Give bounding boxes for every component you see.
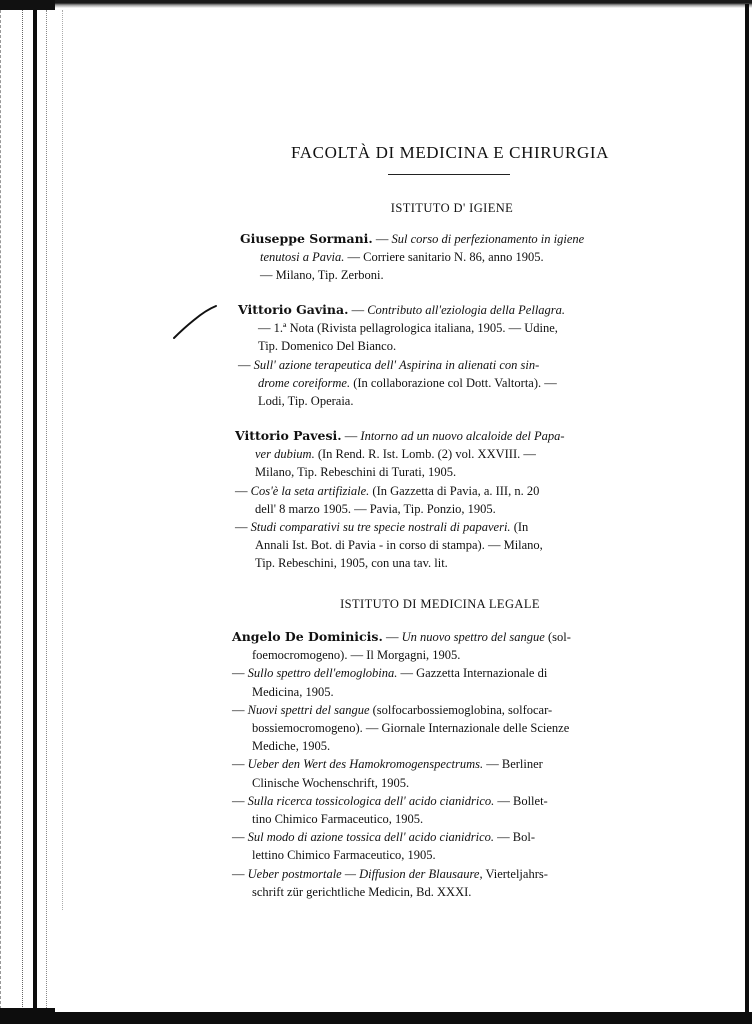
publication-details: — Milano, Tip. Zerboni. <box>240 266 584 284</box>
publication-title: Sul modo di azione tossica dell' acido c… <box>248 830 494 844</box>
publication-title: Ueber postmortale — Diffusion der Blausa… <box>248 867 483 881</box>
publication-details: Lodi, Tip. Operaia. <box>238 392 565 410</box>
publication-details: — Bol- <box>494 830 535 844</box>
separator: — <box>342 429 361 443</box>
bibliography-entry-pavesi: Vittorio Pavesi. — Intorno ad un nuovo a… <box>235 427 565 573</box>
section-heading-medicina-legale: ISTITUTO DI MEDICINA LEGALE <box>220 597 660 612</box>
publication-title: Contributo all'eziologia della Pellagra. <box>367 303 565 317</box>
publication-title: drome coreiforme. <box>258 376 350 390</box>
author-name: Vittorio Pavesi. <box>235 428 342 443</box>
publication-details: (In Gazzetta di Pavia, a. III, n. 20 <box>369 484 539 498</box>
publication-details: (In collaborazione col Dott. Valtorta). … <box>350 376 557 390</box>
author-name: Vittorio Gavina. <box>238 302 348 317</box>
publication-details: Milano, Tip. Rebeschini di Turati, 1905. <box>235 463 565 481</box>
publication-details: Tip. Domenico Del Bianco. <box>238 337 565 355</box>
pencil-mark-icon <box>172 300 222 342</box>
publication-title: Cos'è la seta artifiziale. <box>251 484 370 498</box>
publication-details: — 1.ª Nota (Rivista pellagrologica itali… <box>238 319 565 337</box>
publication-title: Studi comparativi su tre specie nostrali… <box>251 520 511 534</box>
title-divider <box>388 174 510 175</box>
publication-details: schrift zür gerichtliche Medicin, Bd. XX… <box>232 883 571 901</box>
publication-details: tino Chimico Farmaceutico, 1905. <box>232 810 571 828</box>
dash-marker: — <box>238 358 254 372</box>
publication-title: Sul corso di perfezionamento in igiene <box>392 232 585 246</box>
publication-details: Mediche, 1905. <box>232 737 571 755</box>
dash-marker: — <box>232 703 248 717</box>
page-title: FACOLTÀ DI MEDICINA E CHIRURGIA <box>250 143 650 163</box>
publication-details: (In Rend. R. Ist. Lomb. (2) vol. XXVIII.… <box>315 447 536 461</box>
publication-title: Ueber den Wert des Hamokromogenspectrums… <box>248 757 484 771</box>
publication-title: Nuovi spettri del sangue <box>248 703 370 717</box>
dash-marker: — <box>232 666 248 680</box>
publication-title: Sullo spettro dell'emoglobina. <box>248 666 398 680</box>
dash-marker: — <box>235 484 251 498</box>
scan-top-edge <box>0 0 752 8</box>
binding-shadow <box>22 5 23 1015</box>
publication-details: — Corriere sanitario N. 86, anno 1905. <box>344 250 543 264</box>
separator: — <box>383 630 402 644</box>
dash-marker: — <box>232 757 248 771</box>
publication-title: tenutosi a Pavia. <box>260 250 344 264</box>
dash-marker: — <box>235 520 251 534</box>
publication-details: — Bollet- <box>494 794 547 808</box>
publication-details: Tip. Rebeschini, 1905, con una tav. lit. <box>235 554 565 572</box>
publication-title: Sull' azione terapeutica dell' Aspirina … <box>254 358 540 372</box>
separator: — <box>373 232 392 246</box>
author-name: Giuseppe Sormani. <box>240 231 373 246</box>
binding-line <box>33 5 37 1015</box>
publication-title: Intorno ad un nuovo alcaloide del Papa- <box>360 429 564 443</box>
bibliography-entry-sormani: Giuseppe Sormani. — Sul corso di perfezi… <box>240 230 584 285</box>
publication-details: — Gazzetta Internazionale di <box>397 666 547 680</box>
scan-right-edge <box>745 4 749 1022</box>
binding-shadow <box>62 10 63 910</box>
scan-bottom-edge-corner <box>0 1008 55 1024</box>
publication-details: (solfocarbossiemoglobina, solfocar- <box>370 703 553 717</box>
publication-details: bossiemocromogeno). — Giornale Internazi… <box>232 719 571 737</box>
publication-details: Medicina, 1905. <box>232 683 571 701</box>
author-name: Angelo De Dominicis. <box>232 629 383 644</box>
scan-left-edge <box>0 0 2 1024</box>
scan-top-edge-corner <box>0 0 55 10</box>
publication-details: (sol- <box>545 630 571 644</box>
bibliography-entry-de-dominicis: Angelo De Dominicis. — Un nuovo spettro … <box>232 628 571 901</box>
dash-marker: — <box>232 867 248 881</box>
publication-details: foemocromogeno). — Il Morgagni, 1905. <box>232 646 571 664</box>
publication-details: Vierteljahrs- <box>483 867 548 881</box>
section-heading-igiene: ISTITUTO D' IGIENE <box>232 201 672 216</box>
publication-title: ver dubium. <box>255 447 315 461</box>
scan-bottom-edge <box>0 1012 752 1024</box>
publication-details: lettino Chimico Farmaceutico, 1905. <box>232 846 571 864</box>
publication-details: (In <box>511 520 529 534</box>
publication-details: Annali Ist. Bot. di Pavia - in corso di … <box>235 536 565 554</box>
publication-details: Clinische Wochenschrift, 1905. <box>232 774 571 792</box>
publication-details: dell' 8 marzo 1905. — Pavia, Tip. Ponzio… <box>235 500 565 518</box>
publication-details: — Berliner <box>483 757 543 771</box>
separator: — <box>348 303 367 317</box>
dash-marker: — <box>232 830 248 844</box>
publication-title: Un nuovo spettro del sangue <box>402 630 545 644</box>
publication-title: Sulla ricerca tossicologica dell' acido … <box>248 794 495 808</box>
dash-marker: — <box>232 794 248 808</box>
bibliography-entry-gavina: Vittorio Gavina. — Contributo all'eziolo… <box>238 301 565 410</box>
binding-shadow <box>46 10 47 1010</box>
